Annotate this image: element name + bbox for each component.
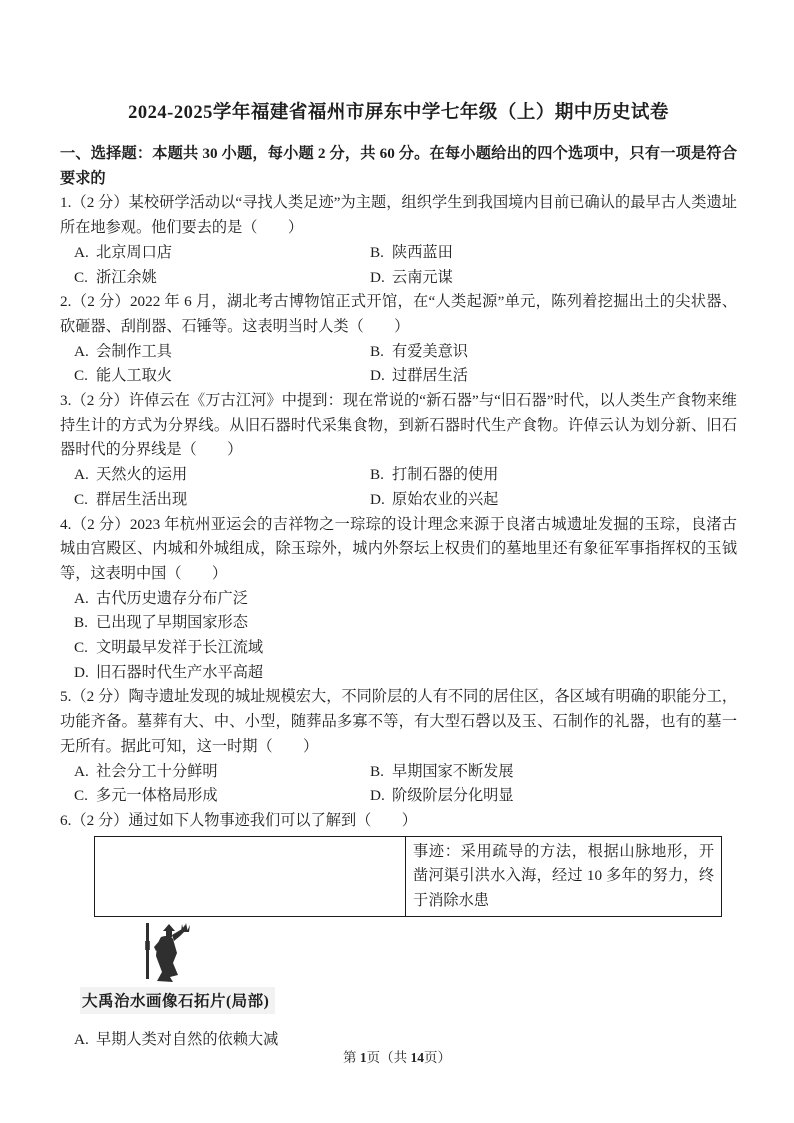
question-6-table: 事迹：采用疏导的方法，根据山脉地形，开凿河渠引洪水入海，经过 10 多年的努力，… — [94, 836, 722, 918]
option-label: D. — [74, 661, 96, 686]
question-2-stem: 2.（2 分）2022 年 6 月，湖北考古博物馆正式开馆，在“人类起源”单元，… — [60, 290, 737, 339]
option-text: 文明最早发祥于长江流域 — [96, 639, 263, 656]
question-4-options: A.古代历史遗存分布广泛 B.已出现了早期国家形态 C.文明最早发祥于长江流域 … — [60, 587, 737, 686]
question-5-option-d: D.阶级阶层分化明显 — [370, 784, 737, 809]
option-label: D. — [370, 488, 392, 513]
option-label: D. — [370, 266, 392, 291]
question-3-stem: 3.（2 分）许倬云在《万古江河》中提到：现在常说的“新石器”与“旧石器”时代，… — [60, 389, 737, 463]
question-1-option-d: D.云南元谋 — [370, 266, 737, 291]
question-4-option-c: C.文明最早发祥于长江流域 — [74, 636, 737, 661]
question-5-option-b: B.早期国家不断发展 — [370, 760, 737, 785]
question-4-option-b: B.已出现了早期国家形态 — [74, 611, 737, 636]
table-row: 事迹：采用疏导的方法，根据山脉地形，开凿河渠引洪水入海，经过 10 多年的努力，… — [95, 836, 722, 917]
footer-text-infix: 页（共 — [367, 1050, 411, 1065]
option-text: 古代历史遗存分布广泛 — [96, 590, 248, 607]
option-label: A. — [74, 760, 96, 785]
option-text: 已出现了早期国家形态 — [96, 614, 248, 631]
option-text: 早期国家不断发展 — [392, 763, 514, 780]
option-label: A. — [74, 463, 96, 488]
question-3-option-d: D.原始农业的兴起 — [370, 488, 737, 513]
figure-caption: 大禹治水画像石拓片(局部) — [80, 987, 275, 1014]
option-text: 天然火的运用 — [96, 466, 187, 483]
option-label: A. — [74, 587, 96, 612]
option-text: 旧石器时代生产水平高超 — [96, 664, 263, 681]
yu-the-great-stone-rubbing-image — [142, 923, 192, 985]
question-2-options: A.会制作工具 B.有爱美意识 C.能人工取火 D.过群居生活 — [60, 340, 737, 389]
question-6: 6.（2 分）通过如下人物事迹我们可以了解到（ ） 事迹：采用疏导的方法，根据山… — [60, 809, 737, 1053]
page-title: 2024-2025学年福建省福州市屏东中学七年级（上）期中历史试卷 — [60, 101, 737, 126]
option-text: 会制作工具 — [96, 343, 172, 360]
question-4-option-d: D.旧石器时代生产水平高超 — [74, 661, 737, 686]
question-2-option-c: C.能人工取火 — [74, 364, 370, 389]
option-text: 浙江余姚 — [96, 269, 157, 286]
option-text: 云南元谋 — [392, 269, 453, 286]
question-1-option-b: B.陕西蓝田 — [370, 241, 737, 266]
table-cell-portrait — [95, 836, 406, 917]
question-4-stem: 4.（2 分）2023 年杭州亚运会的吉祥物之一琮琮的设计理念来源于良渚古城遗址… — [60, 513, 737, 587]
option-label: B. — [370, 463, 392, 488]
question-5-option-a: A.社会分工十分鲜明 — [74, 760, 370, 785]
option-label: C. — [74, 488, 96, 513]
question-3-options: A.天然火的运用 B.打制石器的使用 C.群居生活出现 D.原始农业的兴起 — [60, 463, 737, 512]
option-label: D. — [370, 364, 392, 389]
question-2-option-b: B.有爱美意识 — [370, 340, 737, 365]
question-4: 4.（2 分）2023 年杭州亚运会的吉祥物之一琮琮的设计理念来源于良渚古城遗址… — [60, 513, 737, 686]
option-text: 阶级阶层分化明显 — [392, 787, 514, 804]
option-label: C. — [74, 364, 96, 389]
option-text: 北京周口店 — [96, 244, 172, 261]
option-label: C. — [74, 784, 96, 809]
question-5-stem: 5.（2 分）陶寺遗址发现的城址规模宏大，不同阶层的人有不同的居住区，各区域有明… — [60, 685, 737, 759]
question-5: 5.（2 分）陶寺遗址发现的城址规模宏大，不同阶层的人有不同的居住区，各区域有明… — [60, 685, 737, 809]
option-label: C. — [74, 636, 96, 661]
question-2-option-d: D.过群居生活 — [370, 364, 737, 389]
footer-current-page: 1 — [360, 1050, 367, 1065]
section-heading: 一、选择题：本题共 30 小题，每小题 2 分，共 60 分。在每小题给出的四个… — [60, 142, 737, 191]
footer-text-prefix: 第 — [343, 1050, 360, 1065]
option-text: 多元一体格局形成 — [96, 787, 218, 804]
option-text: 有爱美意识 — [392, 343, 468, 360]
question-4-option-a: A.古代历史遗存分布广泛 — [74, 587, 737, 612]
question-3-option-b: B.打制石器的使用 — [370, 463, 737, 488]
question-5-options: A.社会分工十分鲜明 B.早期国家不断发展 C.多元一体格局形成 D.阶级阶层分… — [60, 760, 737, 809]
option-text: 群居生活出现 — [96, 491, 187, 508]
question-1: 1.（2 分）某校研学活动以“寻找人类足迹”为主题，组织学生到我国境内目前已确认… — [60, 191, 737, 290]
question-3-option-c: C.群居生活出现 — [74, 488, 370, 513]
option-label: D. — [370, 784, 392, 809]
option-label: B. — [370, 241, 392, 266]
question-3: 3.（2 分）许倬云在《万古江河》中提到：现在常说的“新石器”与“旧石器”时代，… — [60, 389, 737, 513]
option-label: B. — [74, 611, 96, 636]
figure-block: 大禹治水画像石拓片(局部) — [80, 923, 290, 1014]
question-5-option-c: C.多元一体格局形成 — [74, 784, 370, 809]
table-cell-deeds: 事迹：采用疏导的方法，根据山脉地形，开凿河渠引洪水入海，经过 10 多年的努力，… — [406, 836, 722, 917]
option-text: 社会分工十分鲜明 — [96, 763, 218, 780]
footer-total-pages: 14 — [411, 1050, 425, 1065]
question-1-stem: 1.（2 分）某校研学活动以“寻找人类足迹”为主题，组织学生到我国境内目前已确认… — [60, 191, 737, 240]
question-1-options: A.北京周口店 B.陕西蓝田 C.浙江余姚 D.云南元谋 — [60, 241, 737, 290]
page-footer: 第 1页（共 14页） — [0, 1046, 794, 1066]
question-6-stem: 6.（2 分）通过如下人物事迹我们可以了解到（ ） — [60, 809, 737, 834]
question-3-option-a: A.天然火的运用 — [74, 463, 370, 488]
footer-text-suffix: 页） — [424, 1050, 451, 1065]
option-text: 过群居生活 — [392, 367, 468, 384]
question-1-option-a: A.北京周口店 — [74, 241, 370, 266]
option-label: B. — [370, 760, 392, 785]
option-text: 能人工取火 — [96, 367, 172, 384]
question-2: 2.（2 分）2022 年 6 月，湖北考古博物馆正式开馆，在“人类起源”单元，… — [60, 290, 737, 389]
option-label: C. — [74, 266, 96, 291]
option-text: 打制石器的使用 — [392, 466, 498, 483]
option-label: A. — [74, 241, 96, 266]
question-2-option-a: A.会制作工具 — [74, 340, 370, 365]
option-text: 陕西蓝田 — [392, 244, 453, 261]
question-1-option-c: C.浙江余姚 — [74, 266, 370, 291]
option-label: A. — [74, 340, 96, 365]
option-label: B. — [370, 340, 392, 365]
exam-paper-page: 2024-2025学年福建省福州市屏东中学七年级（上）期中历史试卷 一、选择题：… — [0, 0, 794, 1123]
option-text: 原始农业的兴起 — [392, 491, 498, 508]
